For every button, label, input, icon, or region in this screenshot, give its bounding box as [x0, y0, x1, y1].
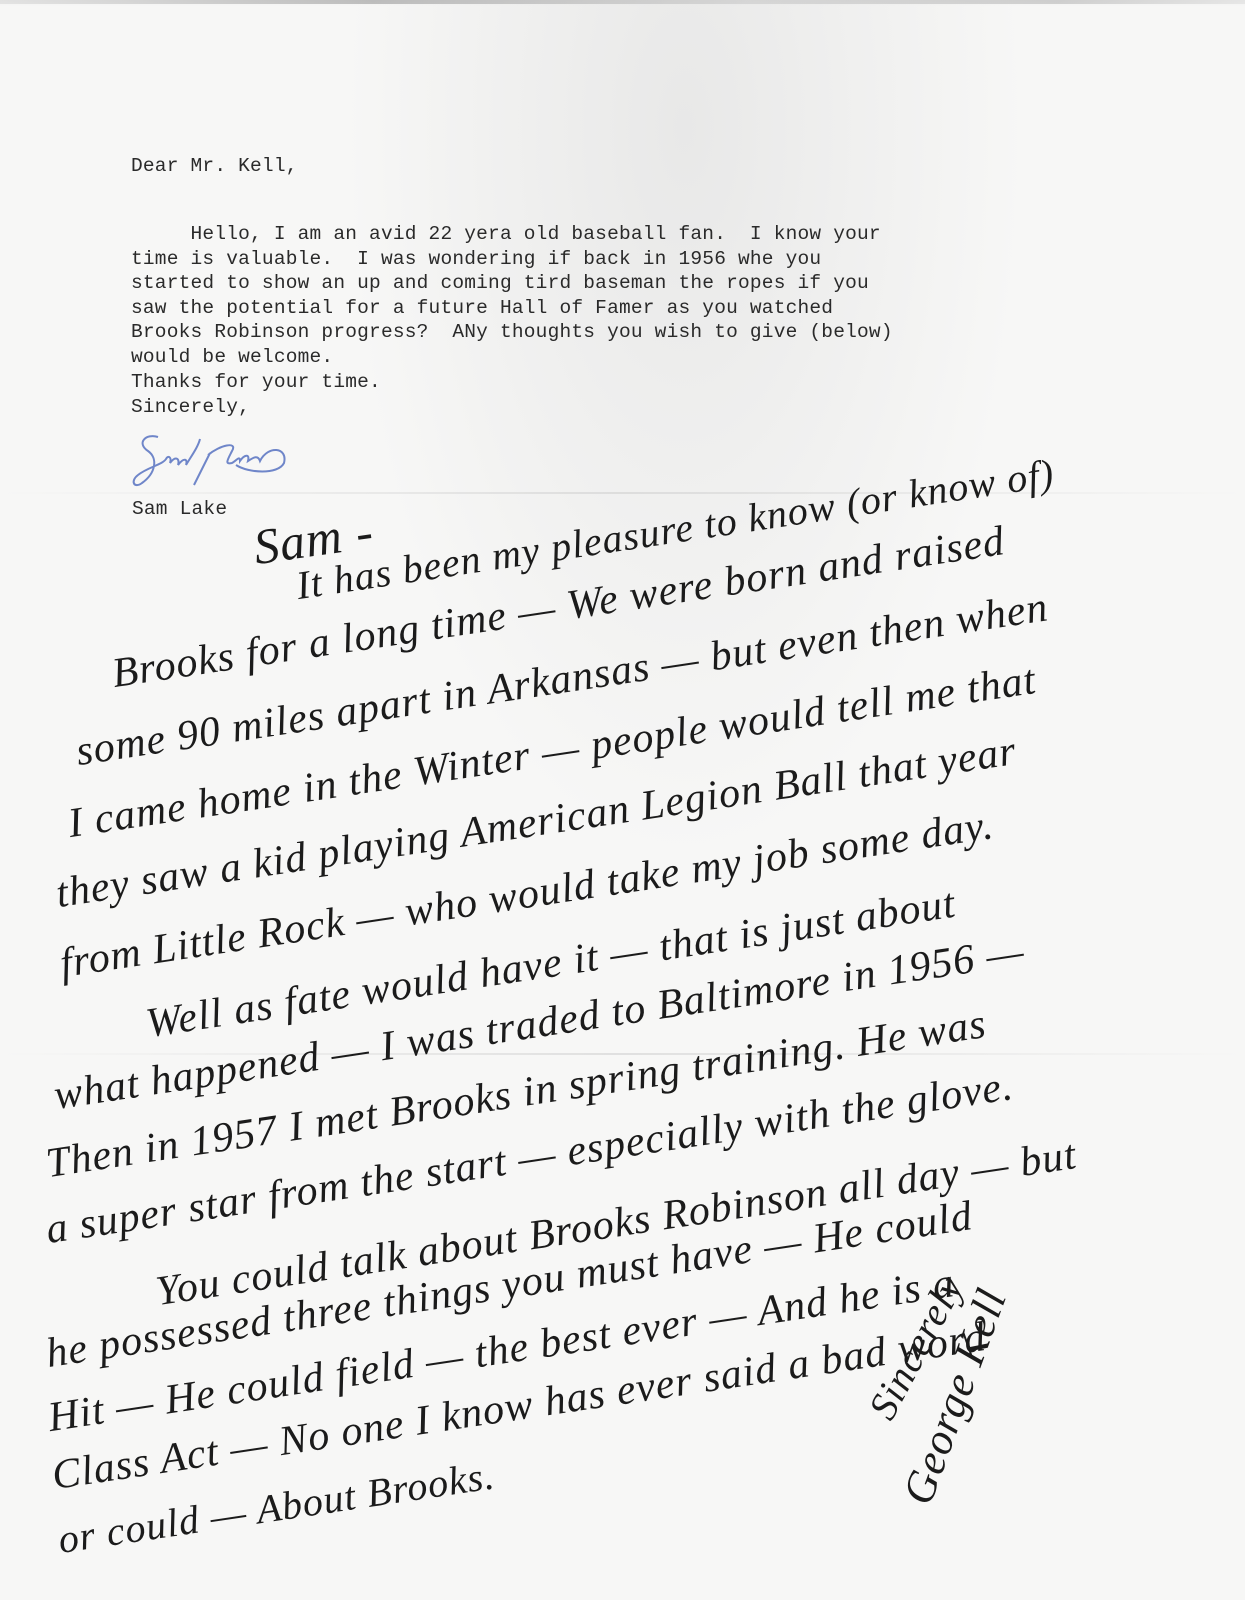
- typed-body-line: started to show an up and coming tird ba…: [131, 272, 869, 294]
- typed-body-line: Hello, I am an avid 22 yera old baseball…: [131, 223, 881, 245]
- typed-salutation: Dear Mr. Kell,: [131, 154, 298, 179]
- typed-body-line: time is valuable. I was wondering if bac…: [131, 248, 821, 270]
- typed-sender-name: Sam Lake: [132, 497, 227, 522]
- typed-body-line: Brooks Robinson progress? ANy thoughts y…: [131, 321, 893, 343]
- typed-body-line: would be welcome.: [131, 346, 333, 368]
- typed-closing: Sincerely,: [131, 396, 250, 418]
- typed-body-line: saw the potential for a future Hall of F…: [131, 297, 833, 319]
- typed-thanks: Thanks for your time.: [131, 371, 381, 393]
- typed-body: Hello, I am an avid 22 yera old baseball…: [131, 222, 893, 369]
- sam-lake-signature: [128, 425, 298, 495]
- paper-top-edge: [0, 0, 1245, 4]
- typed-closing-block: Thanks for your time. Sincerely,: [131, 370, 381, 419]
